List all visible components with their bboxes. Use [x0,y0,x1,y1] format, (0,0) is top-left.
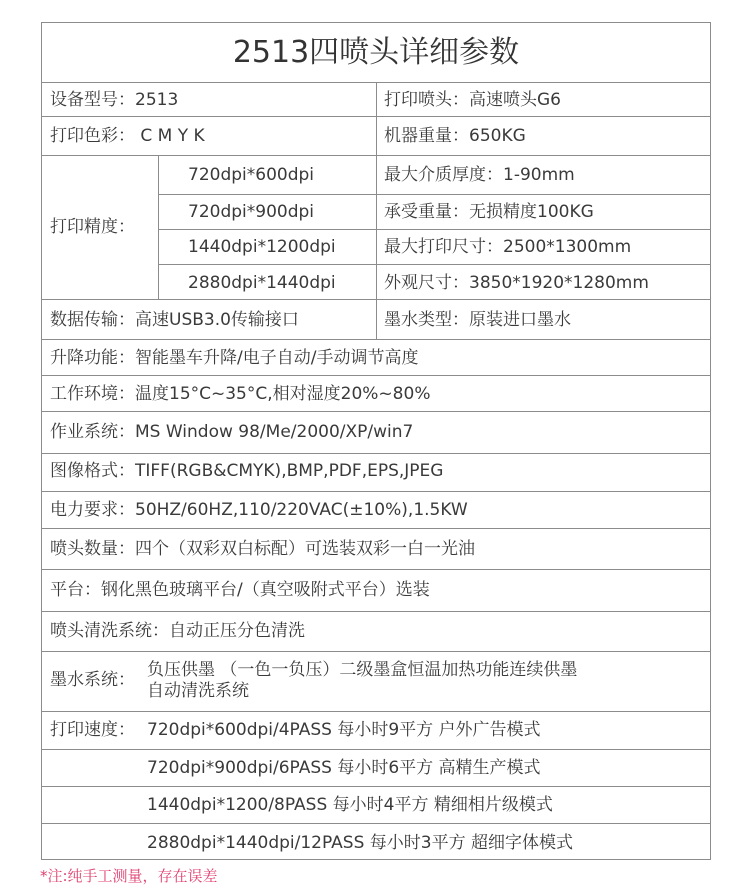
power-cell: 电力要求：50HZ/60HZ,110/220VAC(±10%),1.5KW [50,500,468,520]
ink-type-cell: 墨水类型：原装进口墨水 [384,310,571,330]
spec-table: 2513四喷头详细参数 设备型号：2513 打印喷头：高速喷头G6 打印色彩： … [41,22,711,860]
env-cell: 工作环境：温度15°C~35°C,相对湿度20%~80% [50,384,430,404]
ink-system-line: 自动清洗系统 [147,681,249,701]
os-cell: 作业系统：MS Window 98/Me/2000/XP/win7 [50,422,413,442]
head-count-cell: 喷头数量：四个（双彩双白标配）可选装双彩一白一光油 [50,539,475,559]
speed-label: 打印速度： [50,720,135,740]
divider [158,155,159,299]
speed-value: 1440dpi*1200/8PASS 每小时4平方 精细相片级模式 [147,795,553,815]
divider [158,264,710,265]
divider [42,786,710,787]
format-cell: 图像格式：TIFF(RGB&CMYK),BMP,PDF,EPS,JPEG [50,461,443,481]
spec-cell: 最大介质厚度：1-90mm [384,165,575,185]
divider [42,411,710,412]
divider [42,569,710,570]
divider [42,491,710,492]
divider [42,823,710,824]
precision-value: 720dpi*600dpi [188,165,314,185]
transfer-cell: 数据传输：高速USB3.0传输接口 [50,310,299,330]
lift-cell: 升降功能：智能墨车升降/电子自动/手动调节高度 [50,348,418,368]
spec-cell: 外观尺寸：3850*1920*1280mm [384,273,649,293]
divider [42,339,710,340]
platform-cell: 平台：钢化黑色玻璃平台/（真空吸附式平台）选装 [50,580,430,600]
divider [42,453,710,454]
divider [158,229,710,230]
page-title: 2513四喷头详细参数 [42,33,710,73]
spec-cell: 最大打印尺寸：2500*1300mm [384,237,631,257]
precision-label: 打印精度： [50,217,135,237]
divider [376,82,377,339]
speed-value: 720dpi*600dpi/4PASS 每小时9平方 户外广告模式 [147,720,541,740]
divider [42,749,710,750]
precision-value: 2880dpi*1440dpi [188,273,336,293]
color-cell: 打印色彩： C M Y K [50,126,205,146]
divider [42,528,710,529]
footnote: *注:纯手工测量，存在误差 [40,865,218,886]
spec-cell: 承受重量：无损精度100KG [384,202,594,222]
head-cell: 打印喷头：高速喷头G6 [384,90,561,110]
precision-value: 1440dpi*1200dpi [188,237,336,257]
divider [158,194,710,195]
weight-cell: 机器重量：650KG [384,126,526,146]
cleaning-cell: 喷头清洗系统：自动正压分色清洗 [50,621,305,641]
ink-system-label: 墨水系统： [50,670,135,690]
model-cell: 设备型号：2513 [50,90,178,110]
speed-value: 720dpi*900dpi/6PASS 每小时6平方 高精生产模式 [147,758,541,778]
ink-system-line: 负压供墨 （一色一负压）二级墨盒恒温加热功能连续供墨 [147,660,577,680]
divider [42,651,710,652]
speed-value: 2880dpi*1440dpi/12PASS 每小时3平方 超细字体模式 [147,833,573,853]
divider [42,611,710,612]
divider [42,711,710,712]
precision-value: 720dpi*900dpi [188,202,314,222]
divider [42,375,710,376]
